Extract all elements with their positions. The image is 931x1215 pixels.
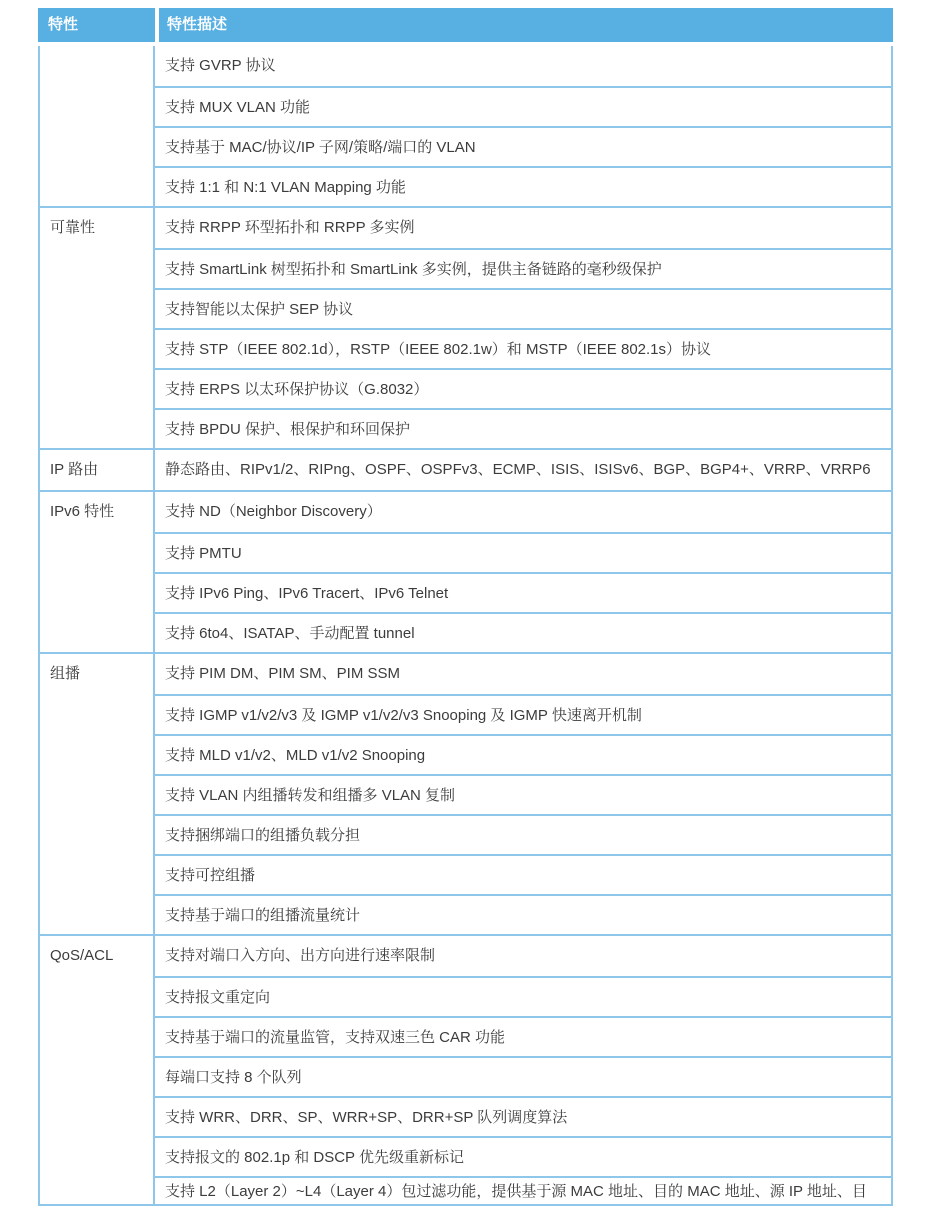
feature-desc-cell: 支持 ERPS 以太环保护协议（G.8032） (155, 368, 891, 408)
table-body: 支持 GVRP 协议 支持 MUX VLAN 功能 支持基于 MAC/协议/IP… (38, 46, 893, 1206)
feature-desc-cell: 支持 BPDU 保护、根保护和环回保护 (155, 408, 891, 448)
feature-desc-cell: 支持 RRPP 环型拓扑和 RRPP 多实例 (155, 208, 891, 248)
feature-category-cell: 可靠性 (40, 208, 155, 448)
feature-desc-cell: 支持智能以太保护 SEP 协议 (155, 288, 891, 328)
feature-desc-cell: 静态路由、RIPv1/2、RIPng、OSPF、OSPFv3、ECMP、ISIS… (155, 450, 891, 490)
feature-desc-cell: 支持 MUX VLAN 功能 (155, 86, 891, 126)
feature-desc-cell: 支持基于端口的组播流量统计 (155, 894, 891, 934)
feature-desc-cell: 支持 STP（IEEE 802.1d），RSTP（IEEE 802.1w）和 M… (155, 328, 891, 368)
feature-desc-cell: 支持基于端口的流量监管，支持双速三色 CAR 功能 (155, 1016, 891, 1056)
feature-desc-cell: 支持 WRR、DRR、SP、WRR+SP、DRR+SP 队列调度算法 (155, 1096, 891, 1136)
column-header-description: 特性描述 (159, 8, 893, 42)
feature-desc-cell: 支持 ND（Neighbor Discovery） (155, 492, 891, 532)
feature-desc-cell: 支持捆绑端口的组播负载分担 (155, 814, 891, 854)
feature-desc-cell: 支持 6to4、ISATAP、手动配置 tunnel (155, 612, 891, 652)
feature-desc-list: 静态路由、RIPv1/2、RIPng、OSPF、OSPFv3、ECMP、ISIS… (155, 450, 891, 490)
feature-category-cell (40, 46, 155, 206)
feature-desc-cell: 支持报文重定向 (155, 976, 891, 1016)
feature-desc-cell: 每端口支持 8 个队列 (155, 1056, 891, 1096)
column-header-feature: 特性 (38, 8, 155, 42)
feature-desc-cell: 支持可控组播 (155, 854, 891, 894)
feature-desc-cell-clipped: 支持 L2（Layer 2）~L4（Layer 4）包过滤功能，提供基于源 MA… (155, 1176, 891, 1204)
feature-group-ip-routing: IP 路由 静态路由、RIPv1/2、RIPng、OSPF、OSPFv3、ECM… (40, 448, 891, 490)
feature-group-ipv6: IPv6 特性 支持 ND（Neighbor Discovery） 支持 PMT… (40, 490, 891, 652)
feature-desc-cell: 支持 IPv6 Ping、IPv6 Tracert、IPv6 Telnet (155, 572, 891, 612)
feature-desc-cell: 支持对端口入方向、出方向进行速率限制 (155, 936, 891, 976)
feature-desc-list: 支持 ND（Neighbor Discovery） 支持 PMTU 支持 IPv… (155, 492, 891, 652)
feature-desc-list: 支持 RRPP 环型拓扑和 RRPP 多实例 支持 SmartLink 树型拓扑… (155, 208, 891, 448)
feature-desc-cell: 支持 IGMP v1/v2/v3 及 IGMP v1/v2/v3 Snoopin… (155, 694, 891, 734)
feature-desc-cell: 支持 GVRP 协议 (155, 46, 891, 86)
feature-desc-cell: 支持 1:1 和 N:1 VLAN Mapping 功能 (155, 166, 891, 206)
feature-category-cell: IP 路由 (40, 450, 155, 490)
feature-category-cell: IPv6 特性 (40, 492, 155, 652)
feature-desc-cell: 支持基于 MAC/协议/IP 子网/策略/端口的 VLAN (155, 126, 891, 166)
feature-desc-list: 支持 GVRP 协议 支持 MUX VLAN 功能 支持基于 MAC/协议/IP… (155, 46, 891, 206)
feature-desc-cell: 支持 PMTU (155, 532, 891, 572)
feature-group-vlan-continued: 支持 GVRP 协议 支持 MUX VLAN 功能 支持基于 MAC/协议/IP… (40, 46, 891, 206)
feature-desc-cell: 支持 PIM DM、PIM SM、PIM SSM (155, 654, 891, 694)
feature-group-multicast: 组播 支持 PIM DM、PIM SM、PIM SSM 支持 IGMP v1/v… (40, 652, 891, 934)
feature-desc-cell: 支持 MLD v1/v2、MLD v1/v2 Snooping (155, 734, 891, 774)
feature-group-reliability: 可靠性 支持 RRPP 环型拓扑和 RRPP 多实例 支持 SmartLink … (40, 206, 891, 448)
feature-group-qos-acl: QoS/ACL 支持对端口入方向、出方向进行速率限制 支持报文重定向 支持基于端… (40, 934, 891, 1204)
feature-desc-list: 支持 PIM DM、PIM SM、PIM SSM 支持 IGMP v1/v2/v… (155, 654, 891, 934)
feature-desc-cell: 支持 SmartLink 树型拓扑和 SmartLink 多实例，提供主备链路的… (155, 248, 891, 288)
table-header-row: 特性 特性描述 (38, 8, 893, 42)
feature-desc-cell: 支持 VLAN 内组播转发和组播多 VLAN 复制 (155, 774, 891, 814)
feature-category-cell: 组播 (40, 654, 155, 934)
feature-desc-list: 支持对端口入方向、出方向进行速率限制 支持报文重定向 支持基于端口的流量监管，支… (155, 936, 891, 1204)
feature-desc-cell: 支持报文的 802.1p 和 DSCP 优先级重新标记 (155, 1136, 891, 1176)
feature-category-cell: QoS/ACL (40, 936, 155, 1204)
feature-spec-table: 特性 特性描述 支持 GVRP 协议 支持 MUX VLAN 功能 支持基于 M… (38, 8, 893, 1206)
